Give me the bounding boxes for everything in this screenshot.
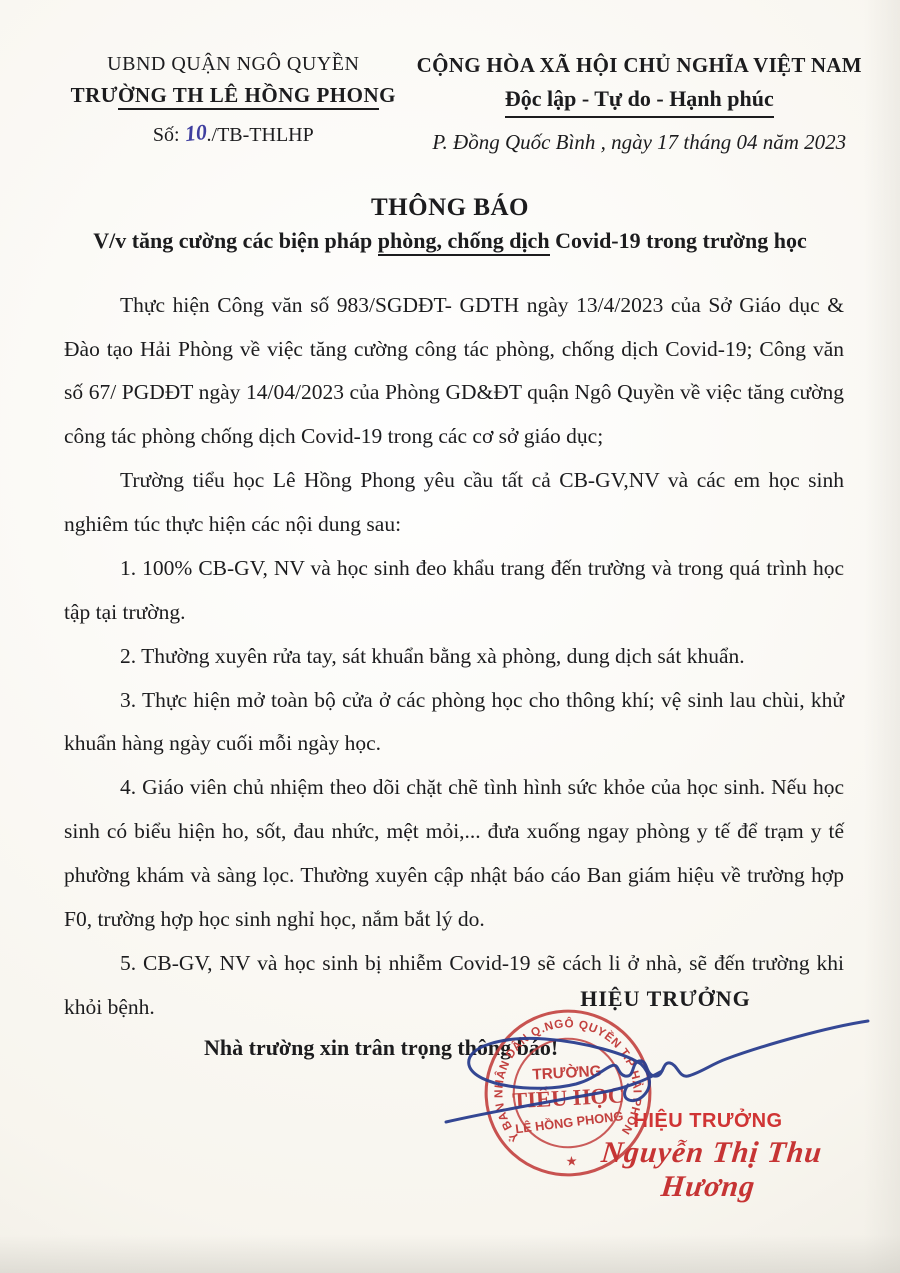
signer-name: Nguyễn Thị Thu Hương	[561, 1136, 858, 1204]
document-body: Thực hiện Công văn số 983/SGDĐT- GDTH ng…	[64, 284, 844, 1030]
signer-title-red: HIỆU TRƯỞNG	[598, 1110, 818, 1133]
national-motto-line2: Độc lập - Tự do - Hạnh phúc	[505, 83, 774, 118]
document-header: UBND QUẬN NGÔ QUYỀN TRƯỜNG TH LÊ HỒNG PH…	[0, 0, 900, 158]
title-block: THÔNG BÁO V/v tăng cường các biện pháp p…	[0, 194, 900, 254]
handwritten-number: 10	[183, 116, 208, 150]
national-motto-line1: CỘNG HÒA XÃ HỘI CHỦ NGHĨA VIỆT NAM	[407, 50, 872, 80]
superior-org-name: UBND QUẬN NGÔ QUYỀN	[60, 50, 407, 79]
national-header-block: CỘNG HÒA XÃ HỘI CHỦ NGHĨA VIỆT NAM Độc l…	[407, 50, 872, 158]
paragraph: 4. Giáo viên chủ nhiệm theo dõi chặt chẽ…	[64, 766, 844, 941]
paragraph: 3. Thực hiện mở toàn bộ cửa ở các phòng …	[64, 679, 844, 767]
document-number: Số: 10./TB-THLHP	[60, 118, 407, 150]
issuing-org-block: UBND QUẬN NGÔ QUYỀN TRƯỜNG TH LÊ HỒNG PH…	[60, 50, 407, 158]
paragraph: 1. 100% CB-GV, NV và học sinh đeo khẩu t…	[64, 547, 844, 635]
school-name: TRƯỜNG TH LÊ HỒNG PHONG	[60, 80, 407, 110]
document-title: THÔNG BÁO	[0, 194, 900, 222]
place-and-date: P. Đồng Quốc Bình , ngày 17 tháng 04 năm…	[407, 127, 872, 157]
paragraph: 2. Thường xuyên rửa tay, sát khuẩn bằng …	[64, 635, 844, 679]
paragraph: Trường tiểu học Lê Hồng Phong yêu cầu tấ…	[64, 459, 844, 547]
document-page: UBND QUẬN NGÔ QUYỀN TRƯỜNG TH LÊ HỒNG PH…	[0, 0, 900, 1273]
document-subject: V/v tăng cường các biện pháp phòng, chốn…	[0, 228, 900, 254]
paragraph: Thực hiện Công văn số 983/SGDĐT- GDTH ng…	[64, 284, 844, 459]
